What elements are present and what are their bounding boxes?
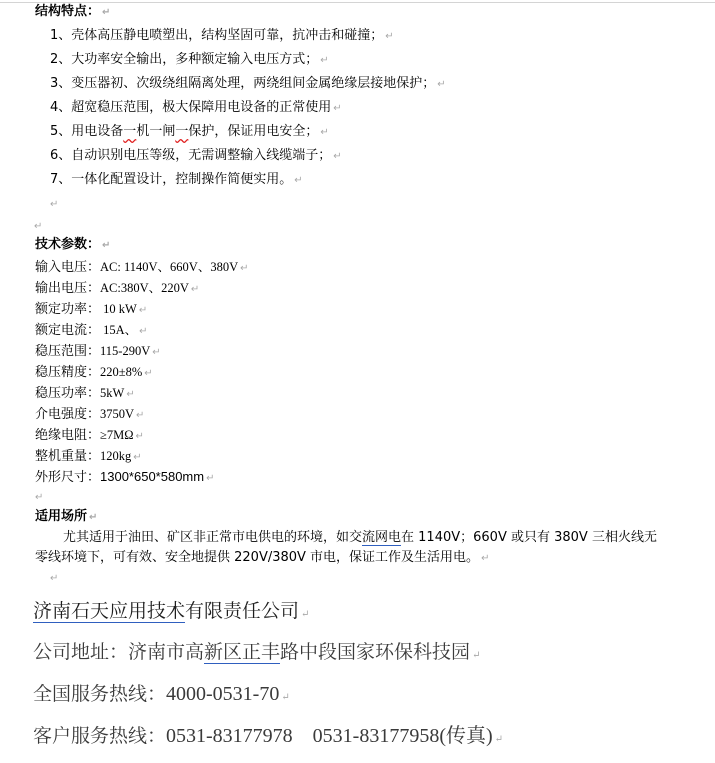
- heading-text: 适用场所: [35, 509, 87, 524]
- body-text: 尤其适用于油田、矿区非正常市电供电的环境，如交: [63, 530, 362, 545]
- paragraph-mark-icon: ↵: [34, 221, 42, 232]
- paragraph-mark-icon: ↵: [495, 734, 503, 745]
- spec-value: ≥7MΩ: [100, 428, 134, 442]
- paragraph-mark-icon: ↵: [136, 431, 144, 442]
- spec-row-insulation-resistance: 绝缘电阻：≥7MΩ↵: [35, 427, 144, 445]
- feature-item-6: 6、自动识别电压等级，无需调整输入线缆端子；↵: [50, 148, 342, 165]
- paragraph-mark-icon: ↵: [294, 175, 302, 186]
- paragraph-mark-icon: ↵: [126, 389, 134, 400]
- customer-service-hotline: 客户服务热线：0531-83177978 0531-83177958(传真)↵: [33, 724, 503, 752]
- spec-row-input-voltage: 输入电压：AC: 1140V、660V、380V↵: [35, 259, 249, 277]
- spec-value: 15A、: [100, 323, 137, 337]
- paragraph-mark-icon: ↵: [333, 103, 341, 114]
- spec-label: 稳压精度：: [35, 365, 100, 380]
- item-text: 机一闸: [136, 124, 175, 139]
- company-name-text: 有限责任公司: [185, 600, 299, 622]
- spec-label: 绝缘电阻：: [35, 428, 100, 443]
- item-number: 6、: [50, 148, 71, 163]
- paragraph-mark-icon: ↵: [102, 7, 110, 18]
- spec-label: 稳压功率：: [35, 386, 100, 401]
- application-heading: 适用场所↵: [35, 509, 97, 526]
- item-number: 1、: [50, 28, 71, 43]
- spec-row-weight: 整机重量：120kg↵: [35, 448, 142, 466]
- paragraph-mark-icon: ↵: [437, 79, 445, 90]
- specs-heading: 技术参数：↵: [35, 237, 110, 254]
- paragraph-mark-icon: ↵: [333, 151, 341, 162]
- body-text: 在 1140V；660V 或只有 380V 三相火线无: [401, 530, 657, 545]
- paragraph-mark-icon: ↵: [281, 692, 289, 703]
- paragraph-mark-icon: ↵: [50, 573, 58, 584]
- item-number: 4、: [50, 100, 71, 115]
- empty-paragraph: ↵: [48, 570, 58, 587]
- item-text: 壳体高压静电喷塑出，结构坚固可靠，抗冲击和碰撞；: [71, 28, 383, 43]
- paragraph-mark-icon: ↵: [206, 473, 214, 484]
- heading-text: 技术参数：: [35, 237, 100, 252]
- spec-label: 输入电压：: [35, 260, 100, 275]
- spec-label: 整机重量：: [35, 449, 100, 464]
- item-number: 2、: [50, 52, 71, 67]
- item-number: 5、: [50, 124, 71, 139]
- spec-label: 输出电压：: [35, 281, 100, 296]
- paragraph-mark-icon: ↵: [136, 410, 144, 421]
- feature-item-7: 7、一体化配置设计，控制操作简便实用。↵: [50, 172, 303, 189]
- feature-item-2: 2、大功率安全输出，多种额定输入电压方式；↵: [50, 52, 329, 69]
- application-text-line-1: 尤其适用于油田、矿区非正常市电供电的环境，如交流网电在 1140V；660V 或…: [63, 530, 657, 546]
- feature-item-1: 1、壳体高压静电喷塑出，结构坚固可靠，抗冲击和碰撞；↵: [50, 28, 394, 45]
- item-text: 大功率安全输出，多种额定输入电压方式；: [71, 52, 318, 67]
- application-text-line-2: 零线环境下，可有效、安全地提供 220V/380V 市电，保证工作及生活用电。↵: [35, 550, 489, 567]
- hotline-number: 4000-0531-70: [166, 683, 279, 705]
- item-text: 保护，保证用电安全；: [188, 124, 318, 139]
- paragraph-mark-icon: ↵: [102, 240, 110, 251]
- national-hotline: 全国服务热线：4000-0531-70↵: [33, 682, 290, 710]
- item-text: 用电设备: [71, 124, 123, 139]
- empty-paragraph: ↵: [32, 218, 42, 235]
- spec-value: 115-290V: [100, 344, 150, 358]
- spec-label: 外形尺寸：: [35, 470, 100, 485]
- item-text: 一体化配置设计，控制操作简便实用。: [71, 172, 292, 187]
- address-label: 公司地址：: [33, 641, 128, 663]
- service-number: 0531-83177978 0531-83177958(传真): [166, 725, 493, 747]
- paragraph-mark-icon: ↵: [139, 326, 147, 337]
- spec-row-regulation-range: 稳压范围：115-290V↵: [35, 343, 161, 361]
- grammar-mark[interactable]: 新区正丰: [204, 641, 280, 664]
- spec-label: 额定功率：: [35, 302, 100, 317]
- spec-value: 5kW: [100, 386, 124, 400]
- spec-value: AC: 1140V、660V、380V: [100, 260, 238, 274]
- spec-row-dimensions: 外形尺寸：1300*650*580mm↵: [35, 469, 214, 487]
- spec-row-regulation-accuracy: 稳压精度：220±8%↵: [35, 364, 153, 382]
- paragraph-mark-icon: ↵: [240, 263, 248, 274]
- paragraph-mark-icon: ↵: [385, 31, 393, 42]
- page-top-border: [0, 2, 715, 3]
- empty-paragraph: ↵: [48, 196, 58, 213]
- paragraph-mark-icon: ↵: [35, 492, 43, 503]
- spec-row-rated-current: 额定电流： 15A、↵: [35, 322, 148, 340]
- paragraph-mark-icon: ↵: [191, 284, 199, 295]
- spec-value: 1300*650*580mm: [100, 469, 204, 484]
- item-number: 7、: [50, 172, 71, 187]
- paragraph-mark-icon: ↵: [144, 368, 152, 379]
- spec-row-regulation-power: 稳压功率：5kW↵: [35, 385, 135, 403]
- address-text: 路中段国家环保科技园: [280, 641, 470, 663]
- service-label: 客户服务热线：: [33, 725, 166, 747]
- feature-item-4: 4、超宽稳压范围，极大保障用电设备的正常使用↵: [50, 100, 342, 117]
- spec-row-rated-power: 额定功率： 10 kW↵: [35, 301, 147, 319]
- paragraph-mark-icon: ↵: [89, 512, 97, 523]
- grammar-mark[interactable]: 济南石天应用技术: [33, 600, 185, 623]
- feature-item-5: 5、用电设备一机一闸一保护，保证用电安全；↵: [50, 124, 329, 141]
- item-text: 变压器初、次级绕组隔离处理，两绕组间金属绝缘层接地保护；: [71, 76, 435, 91]
- paragraph-mark-icon: ↵: [139, 305, 147, 316]
- spec-label: 额定电流：: [35, 323, 100, 338]
- heading-text: 结构特点：: [35, 4, 100, 19]
- hotline-label: 全国服务热线：: [33, 683, 166, 705]
- spec-label: 介电强度：: [35, 407, 100, 422]
- paragraph-mark-icon: ↵: [472, 650, 480, 661]
- paragraph-mark-icon: ↵: [152, 347, 160, 358]
- spec-value: 120kg: [100, 449, 131, 463]
- features-heading: 结构特点：↵: [35, 4, 110, 21]
- item-text: 自动识别电压等级，无需调整输入线缆端子；: [71, 148, 331, 163]
- item-number: 3、: [50, 76, 71, 91]
- paragraph-mark-icon: ↵: [320, 127, 328, 138]
- item-text: 超宽稳压范围，极大保障用电设备的正常使用: [71, 100, 331, 115]
- spec-value: 3750V: [100, 407, 134, 421]
- paragraph-mark-icon: ↵: [320, 55, 328, 66]
- address-text: 济南市高: [128, 641, 204, 663]
- spec-row-output-voltage: 输出电压：AC:380V、220V↵: [35, 280, 199, 298]
- spec-label: 稳压范围：: [35, 344, 100, 359]
- spelling-error-mark[interactable]: 一: [123, 124, 136, 139]
- spec-row-dielectric-strength: 介电强度：3750V↵: [35, 406, 144, 424]
- spec-value: 220±8%: [100, 365, 142, 379]
- paragraph-mark-icon: ↵: [301, 609, 309, 620]
- grammar-mark[interactable]: 流网电: [362, 530, 401, 546]
- spec-value: AC:380V、220V: [100, 281, 189, 295]
- empty-paragraph: ↵: [33, 489, 43, 506]
- spelling-error-mark[interactable]: 一: [175, 124, 188, 139]
- spec-value: 10 kW: [100, 302, 137, 316]
- body-text: 零线环境下，可有效、安全地提供 220V/380V 市电，保证工作及生活用电。: [35, 550, 479, 565]
- paragraph-mark-icon: ↵: [133, 452, 141, 463]
- company-name: 济南石天应用技术有限责任公司↵: [33, 599, 309, 627]
- paragraph-mark-icon: ↵: [481, 553, 489, 564]
- paragraph-mark-icon: ↵: [50, 199, 58, 210]
- company-address: 公司地址：济南市高新区正丰路中段国家环保科技园↵: [33, 640, 480, 668]
- feature-item-3: 3、变压器初、次级绕组隔离处理，两绕组间金属绝缘层接地保护；↵: [50, 76, 446, 93]
